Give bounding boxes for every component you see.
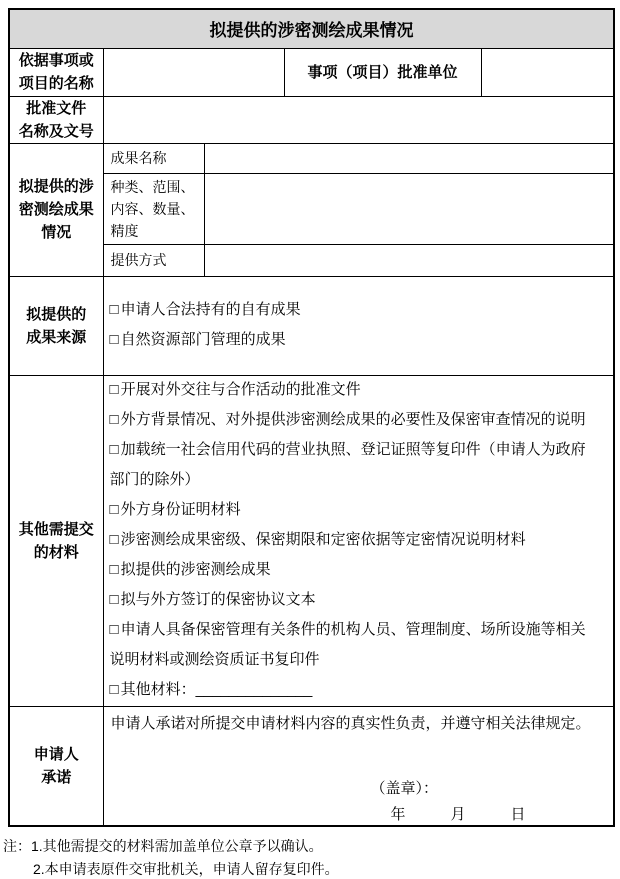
promise-cell: 申请人承诺对所提交申请材料内容的真实性负责，并遵守相关法律规定。 （盖章）： 年… [103, 706, 614, 826]
result-name-value-cell[interactable] [204, 143, 614, 173]
promise-statement: 申请人承诺对所提交申请材料内容的真实性负责，并遵守相关法律规定。 [111, 712, 604, 735]
result-method-value-cell[interactable] [204, 244, 614, 276]
checkbox-icon[interactable]: □ [110, 501, 119, 518]
note-item-1: 注：1.其他需提交的材料需加盖单位公章予以确认。 [3, 835, 620, 858]
notes-prefix: 注： [3, 838, 31, 854]
page: 拟提供的涉密测绘成果情况 依据事项或 项目的名称 事项（项目）批准单位 批准文件… [0, 0, 620, 879]
checkbox-item-approval-doc: □开展对外交往与合作活动的批准文件 [110, 376, 598, 406]
basis-label: 依据事项或 项目的名称 [9, 48, 103, 96]
stamp-label: （盖章）： [371, 779, 604, 799]
checkbox-icon[interactable]: □ [110, 621, 119, 638]
checkbox-icon[interactable]: □ [110, 331, 119, 348]
materials-section-label: 其他需提交 的材料 [9, 375, 103, 706]
note-text: 1.其他需提交的材料需加盖单位公章予以确认。 [31, 838, 323, 854]
promise-section-label: 申请人 承诺 [9, 706, 103, 826]
checkbox-icon[interactable]: □ [110, 441, 119, 458]
checkbox-item-classification-info: □涉密测绘成果密级、保密期限和定密依据等定密情况说明材料 [110, 525, 598, 555]
checkbox-label: 其他材料：______________ [121, 681, 313, 698]
checkbox-item-results-to-provide: □拟提供的涉密测绘成果 [110, 555, 598, 585]
basis-value-cell[interactable] [103, 48, 284, 96]
checkbox-label: 外方身份证明材料 [121, 501, 241, 518]
form-table: 拟提供的涉密测绘成果情况 依据事项或 项目的名称 事项（项目）批准单位 批准文件… [8, 8, 615, 827]
checkbox-item-managed-results: □自然资源部门管理的成果 [110, 325, 598, 355]
checkbox-label: 自然资源部门管理的成果 [121, 331, 286, 348]
note-text: 2.本申请表原件交审批机关，申请人留存复印件。 [33, 861, 339, 877]
checkbox-item-foreign-identity: □外方身份证明材料 [110, 495, 598, 525]
results-section-label: 拟提供的涉 密测绘成果 情况 [9, 143, 103, 276]
checkbox-icon[interactable]: □ [110, 381, 119, 398]
checkbox-item-management-conditions: □申请人具备保密管理有关条件的机构人员、管理制度、场所设施等相关说明材料或测绘资… [110, 615, 598, 675]
checkbox-icon[interactable]: □ [110, 411, 119, 428]
note-item-2: 2.本申请表原件交审批机关，申请人留存复印件。 [3, 858, 620, 879]
checkbox-icon[interactable]: □ [110, 531, 119, 548]
approval-doc-label: 批准文件 名称及文号 [9, 96, 103, 143]
checkbox-label: 加载统一社会信用代码的营业执照、登记证照等复印件（申请人为政府部门的除外） [110, 441, 586, 488]
approval-doc-value-cell[interactable] [103, 96, 614, 143]
checkbox-item-foreign-background: □外方背景情况、对外提供涉密测绘成果的必要性及保密审查情况的说明 [110, 405, 598, 435]
checkbox-item-business-license: □加载统一社会信用代码的营业执照、登记证照等复印件（申请人为政府部门的除外） [110, 435, 598, 495]
checkbox-item-confidentiality-agreement: □拟与外方签订的保密协议文本 [110, 585, 598, 615]
checkbox-item-other-materials: □其他材料：______________ [110, 675, 598, 705]
checkbox-label: 拟提供的涉密测绘成果 [121, 561, 271, 578]
approval-unit-value-cell[interactable] [481, 48, 614, 96]
checkbox-item-own-results: □申请人合法持有的自有成果 [110, 295, 598, 325]
notes: 注：1.其他需提交的材料需加盖单位公章予以确认。 2.本申请表原件交审批机关，申… [3, 835, 620, 879]
source-section-label: 拟提供的 成果来源 [9, 276, 103, 375]
result-name-label: 成果名称 [103, 143, 204, 173]
checkbox-icon[interactable]: □ [110, 301, 119, 318]
checkbox-label: 开展对外交往与合作活动的批准文件 [121, 381, 361, 398]
materials-options-cell: □开展对外交往与合作活动的批准文件 □外方背景情况、对外提供涉密测绘成果的必要性… [103, 375, 614, 706]
checkbox-icon[interactable]: □ [110, 591, 119, 608]
result-method-label: 提供方式 [103, 244, 204, 276]
date-label: 年 月 日 [391, 805, 604, 825]
checkbox-label: 外方背景情况、对外提供涉密测绘成果的必要性及保密审查情况的说明 [121, 411, 586, 428]
checkbox-label: 涉密测绘成果密级、保密期限和定密依据等定密情况说明材料 [121, 531, 526, 548]
checkbox-label: 申请人合法持有的自有成果 [121, 301, 301, 318]
result-spec-label: 种类、范围、内容、数量、精度 [103, 173, 204, 244]
checkbox-icon[interactable]: □ [110, 561, 119, 578]
checkbox-label: 拟与外方签订的保密协议文本 [121, 591, 316, 608]
checkbox-label: 申请人具备保密管理有关条件的机构人员、管理制度、场所设施等相关说明材料或测绘资质… [110, 621, 586, 668]
form-title: 拟提供的涉密测绘成果情况 [9, 9, 614, 48]
approval-unit-label: 事项（项目）批准单位 [284, 48, 481, 96]
source-options-cell: □申请人合法持有的自有成果 □自然资源部门管理的成果 [103, 276, 614, 375]
result-spec-value-cell[interactable] [204, 173, 614, 244]
checkbox-icon[interactable]: □ [110, 681, 119, 698]
